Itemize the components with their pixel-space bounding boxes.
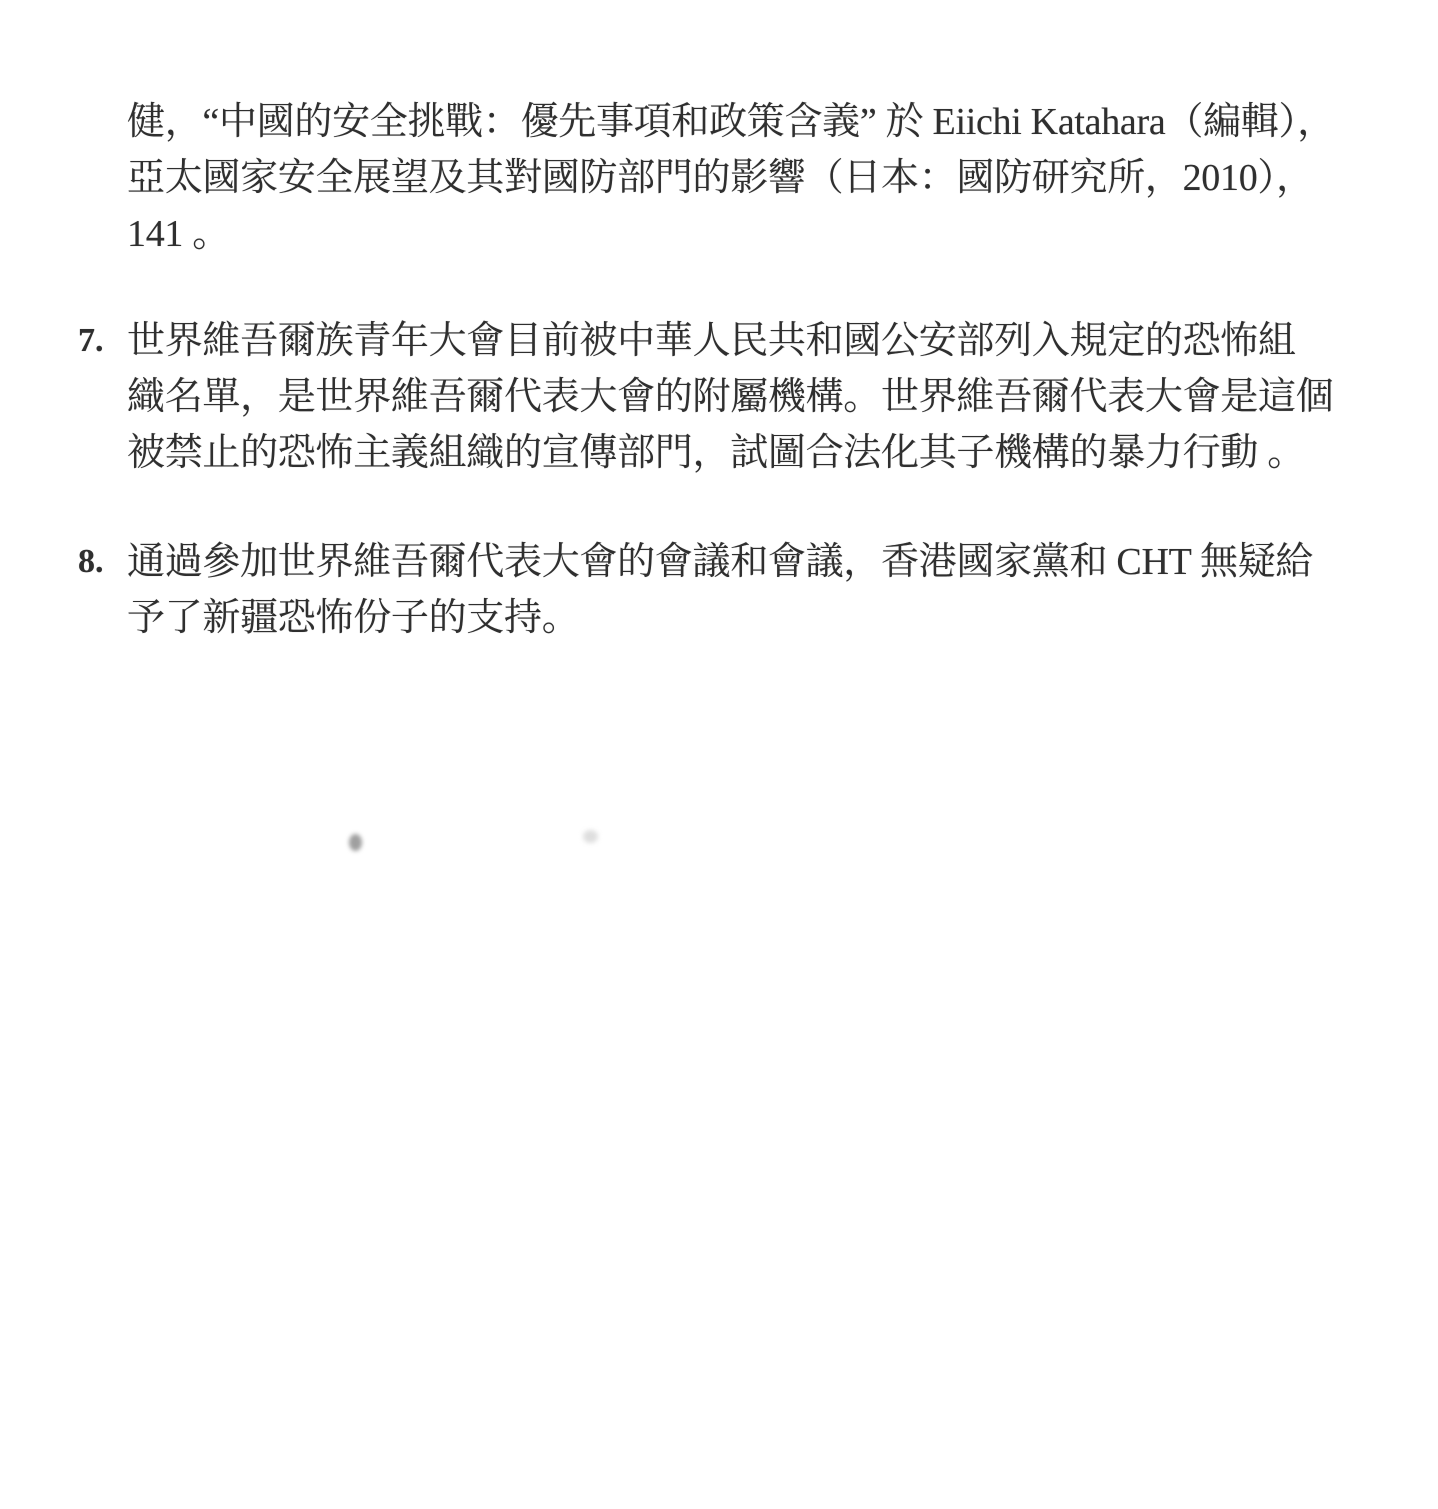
footnote-continuation: 健，“中國的安全挑戰：優先事項和政策含義” 於 Eiichi Katahara（… bbox=[127, 94, 1335, 262]
list-item-text: 世界維吾爾族青年大會目前被中華人民共和國公安部列入規定的恐怖組 織名單，是世界維… bbox=[127, 313, 1333, 481]
list-item-number: 8. bbox=[78, 534, 104, 590]
list-item-8: 8. 通過參加世界維吾爾代表大會的會議和會議，香港國家黨和 CHT 無疑給 予了… bbox=[78, 534, 1313, 646]
document-page: 健，“中國的安全挑戰：優先事項和政策含義” 於 Eiichi Katahara（… bbox=[0, 0, 1438, 1509]
list-item-line: 通過參加世界維吾爾代表大會的會議和會議，香港國家黨和 CHT 無疑給 bbox=[127, 534, 1313, 590]
footnote-line: 健，“中國的安全挑戰：優先事項和政策含義” 於 Eiichi Katahara（… bbox=[127, 94, 1335, 150]
list-item-text: 通過參加世界維吾爾代表大會的會議和會議，香港國家黨和 CHT 無疑給 予了新疆恐… bbox=[127, 534, 1313, 646]
list-item-7: 7. 世界維吾爾族青年大會目前被中華人民共和國公安部列入規定的恐怖組 織名單，是… bbox=[78, 313, 1333, 481]
list-item-line: 被禁止的恐怖主義組織的宣傳部門，試圖合法化其子機構的暴力行動 。 bbox=[127, 425, 1333, 481]
list-item-line: 世界維吾爾族青年大會目前被中華人民共和國公安部列入規定的恐怖組 bbox=[127, 313, 1333, 369]
list-item-number: 7. bbox=[78, 313, 104, 369]
scan-smudge bbox=[583, 830, 598, 843]
footnote-line: 亞太國家安全展望及其對國防部門的影響（日本：國防研究所，2010）， bbox=[127, 150, 1335, 206]
scan-smudge bbox=[349, 834, 362, 851]
footnote-line: 141 。 bbox=[127, 206, 1335, 262]
list-item-line: 織名單，是世界維吾爾代表大會的附屬機構。世界維吾爾代表大會是這個 bbox=[127, 369, 1333, 425]
list-item-line: 予了新疆恐怖份子的支持。 bbox=[127, 590, 1313, 646]
